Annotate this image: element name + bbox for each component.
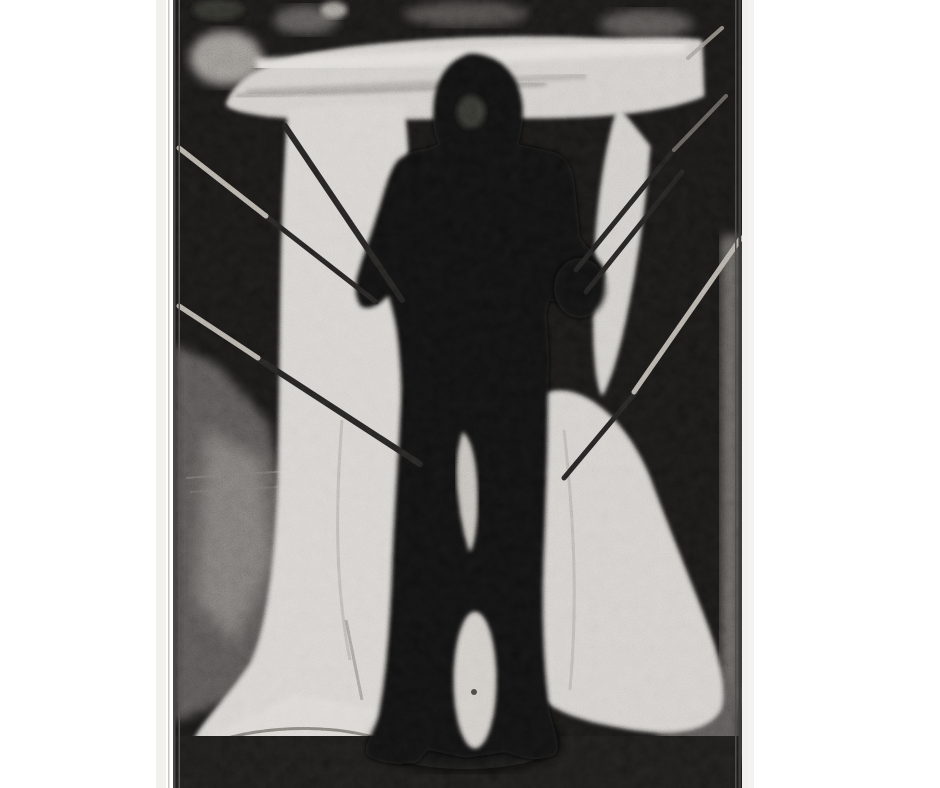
halftone-grain-coarse xyxy=(166,0,748,788)
photo-canvas xyxy=(166,0,748,788)
page-margin-right xyxy=(748,0,754,788)
newspaper-photo xyxy=(166,0,748,788)
page-margin-left xyxy=(156,0,166,788)
